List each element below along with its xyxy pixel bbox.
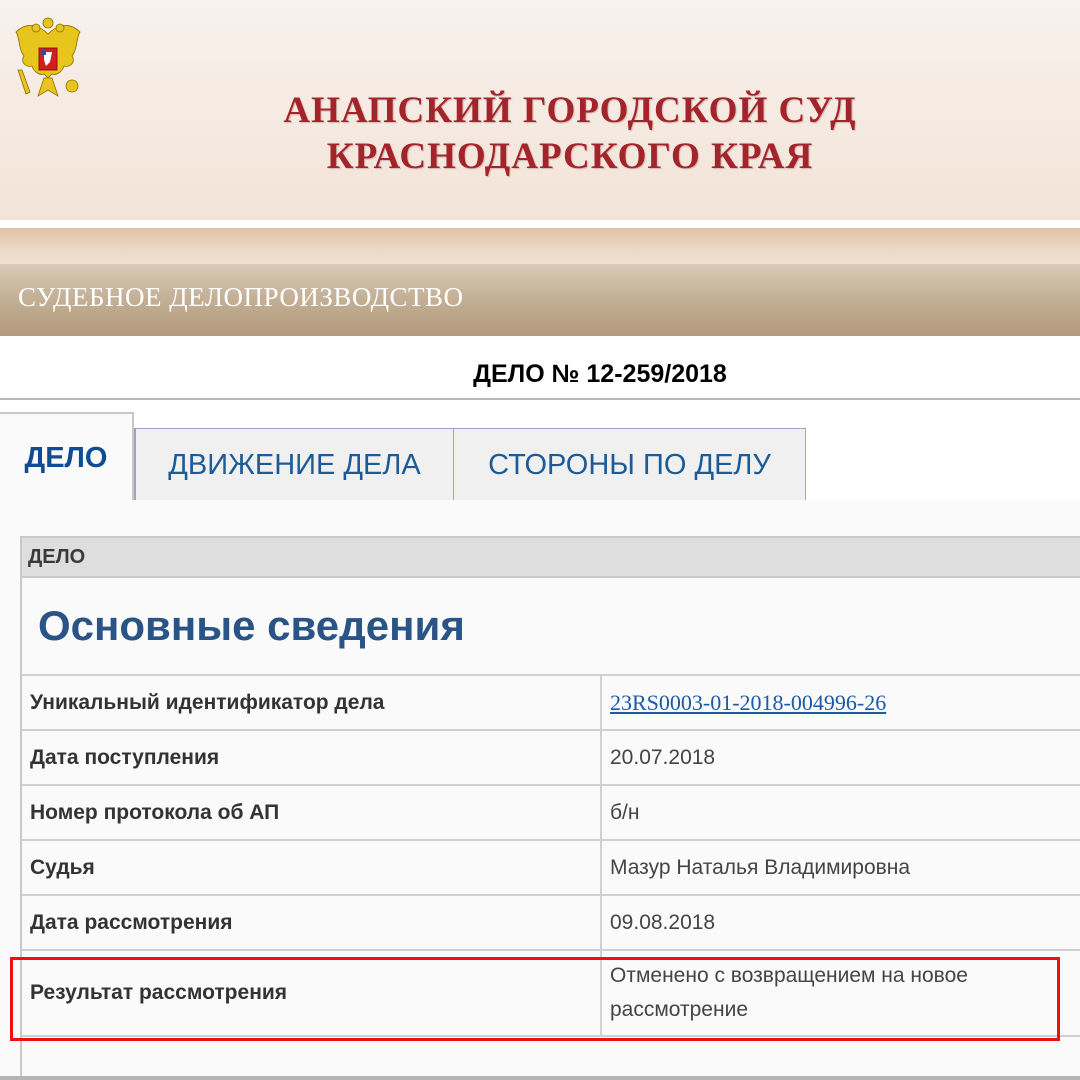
coat-of-arms-icon: [8, 14, 88, 104]
case-panel: ДЕЛО Основные сведения Уникальный иденти…: [20, 536, 1080, 1076]
panel-header: ДЕЛО: [22, 538, 1080, 578]
row-value: б/н: [601, 785, 1080, 840]
row-value: Отменено с возвращением на новое рассмот…: [601, 950, 1080, 1036]
case-uid-link[interactable]: 23RS0003-01-2018-004996-26: [610, 690, 886, 715]
row-value: 20.07.2018: [601, 730, 1080, 785]
tab-bar: ДЕЛО ДВИЖЕНИЕ ДЕЛА СТОРОНЫ ПО ДЕЛУ: [0, 412, 1080, 502]
row-label: Результат рассмотрения: [22, 950, 601, 1036]
row-value: Мазур Наталья Владимировна: [601, 840, 1080, 895]
tab-case-movement[interactable]: ДВИЖЕНИЕ ДЕЛА: [134, 428, 454, 502]
table-row: Дата поступления 20.07.2018: [22, 730, 1080, 785]
section-title: Основные сведения: [22, 578, 1080, 676]
section-banner: СУДЕБНОЕ ДЕЛОПРОИЗВОДСТВО: [0, 264, 1080, 336]
table-row: Судья Мазур Наталья Владимировна: [22, 840, 1080, 895]
table-row: Уникальный идентификатор дела 23RS0003-0…: [22, 676, 1080, 730]
banner-decoration: [0, 228, 1080, 264]
table-row: Дата рассмотрения 09.08.2018: [22, 895, 1080, 950]
table-row: Результат рассмотрения Отменено с возвра…: [22, 950, 1080, 1036]
tab-content: ДЕЛО Основные сведения Уникальный иденти…: [0, 500, 1080, 1080]
divider: [0, 1076, 1080, 1080]
row-label: Уникальный идентификатор дела: [22, 676, 601, 730]
banner-title: СУДЕБНОЕ ДЕЛОПРОИЗВОДСТВО: [18, 282, 464, 313]
tab-case[interactable]: ДЕЛО: [0, 412, 134, 502]
divider: [0, 398, 1080, 400]
row-label: Номер протокола об АП: [22, 785, 601, 840]
divider: [0, 220, 1080, 228]
court-title-line1: АНАПСКИЙ ГОРОДСКОЙ СУД: [200, 88, 940, 134]
court-title-line2: КРАСНОДАРСКОГО КРАЯ: [200, 134, 940, 180]
table-row: Номер протокола об АП б/н: [22, 785, 1080, 840]
site-header: АНАПСКИЙ ГОРОДСКОЙ СУД КРАСНОДАРСКОГО КР…: [0, 0, 1080, 220]
case-title: ДЕЛО № 12-259/2018: [0, 360, 1080, 389]
court-title: АНАПСКИЙ ГОРОДСКОЙ СУД КРАСНОДАРСКОГО КР…: [200, 88, 940, 180]
tab-case-parties[interactable]: СТОРОНЫ ПО ДЕЛУ: [453, 428, 806, 502]
case-info-table: Уникальный идентификатор дела 23RS0003-0…: [22, 676, 1080, 1037]
row-label: Дата поступления: [22, 730, 601, 785]
row-label: Судья: [22, 840, 601, 895]
row-label: Дата рассмотрения: [22, 895, 601, 950]
row-value: 09.08.2018: [601, 895, 1080, 950]
